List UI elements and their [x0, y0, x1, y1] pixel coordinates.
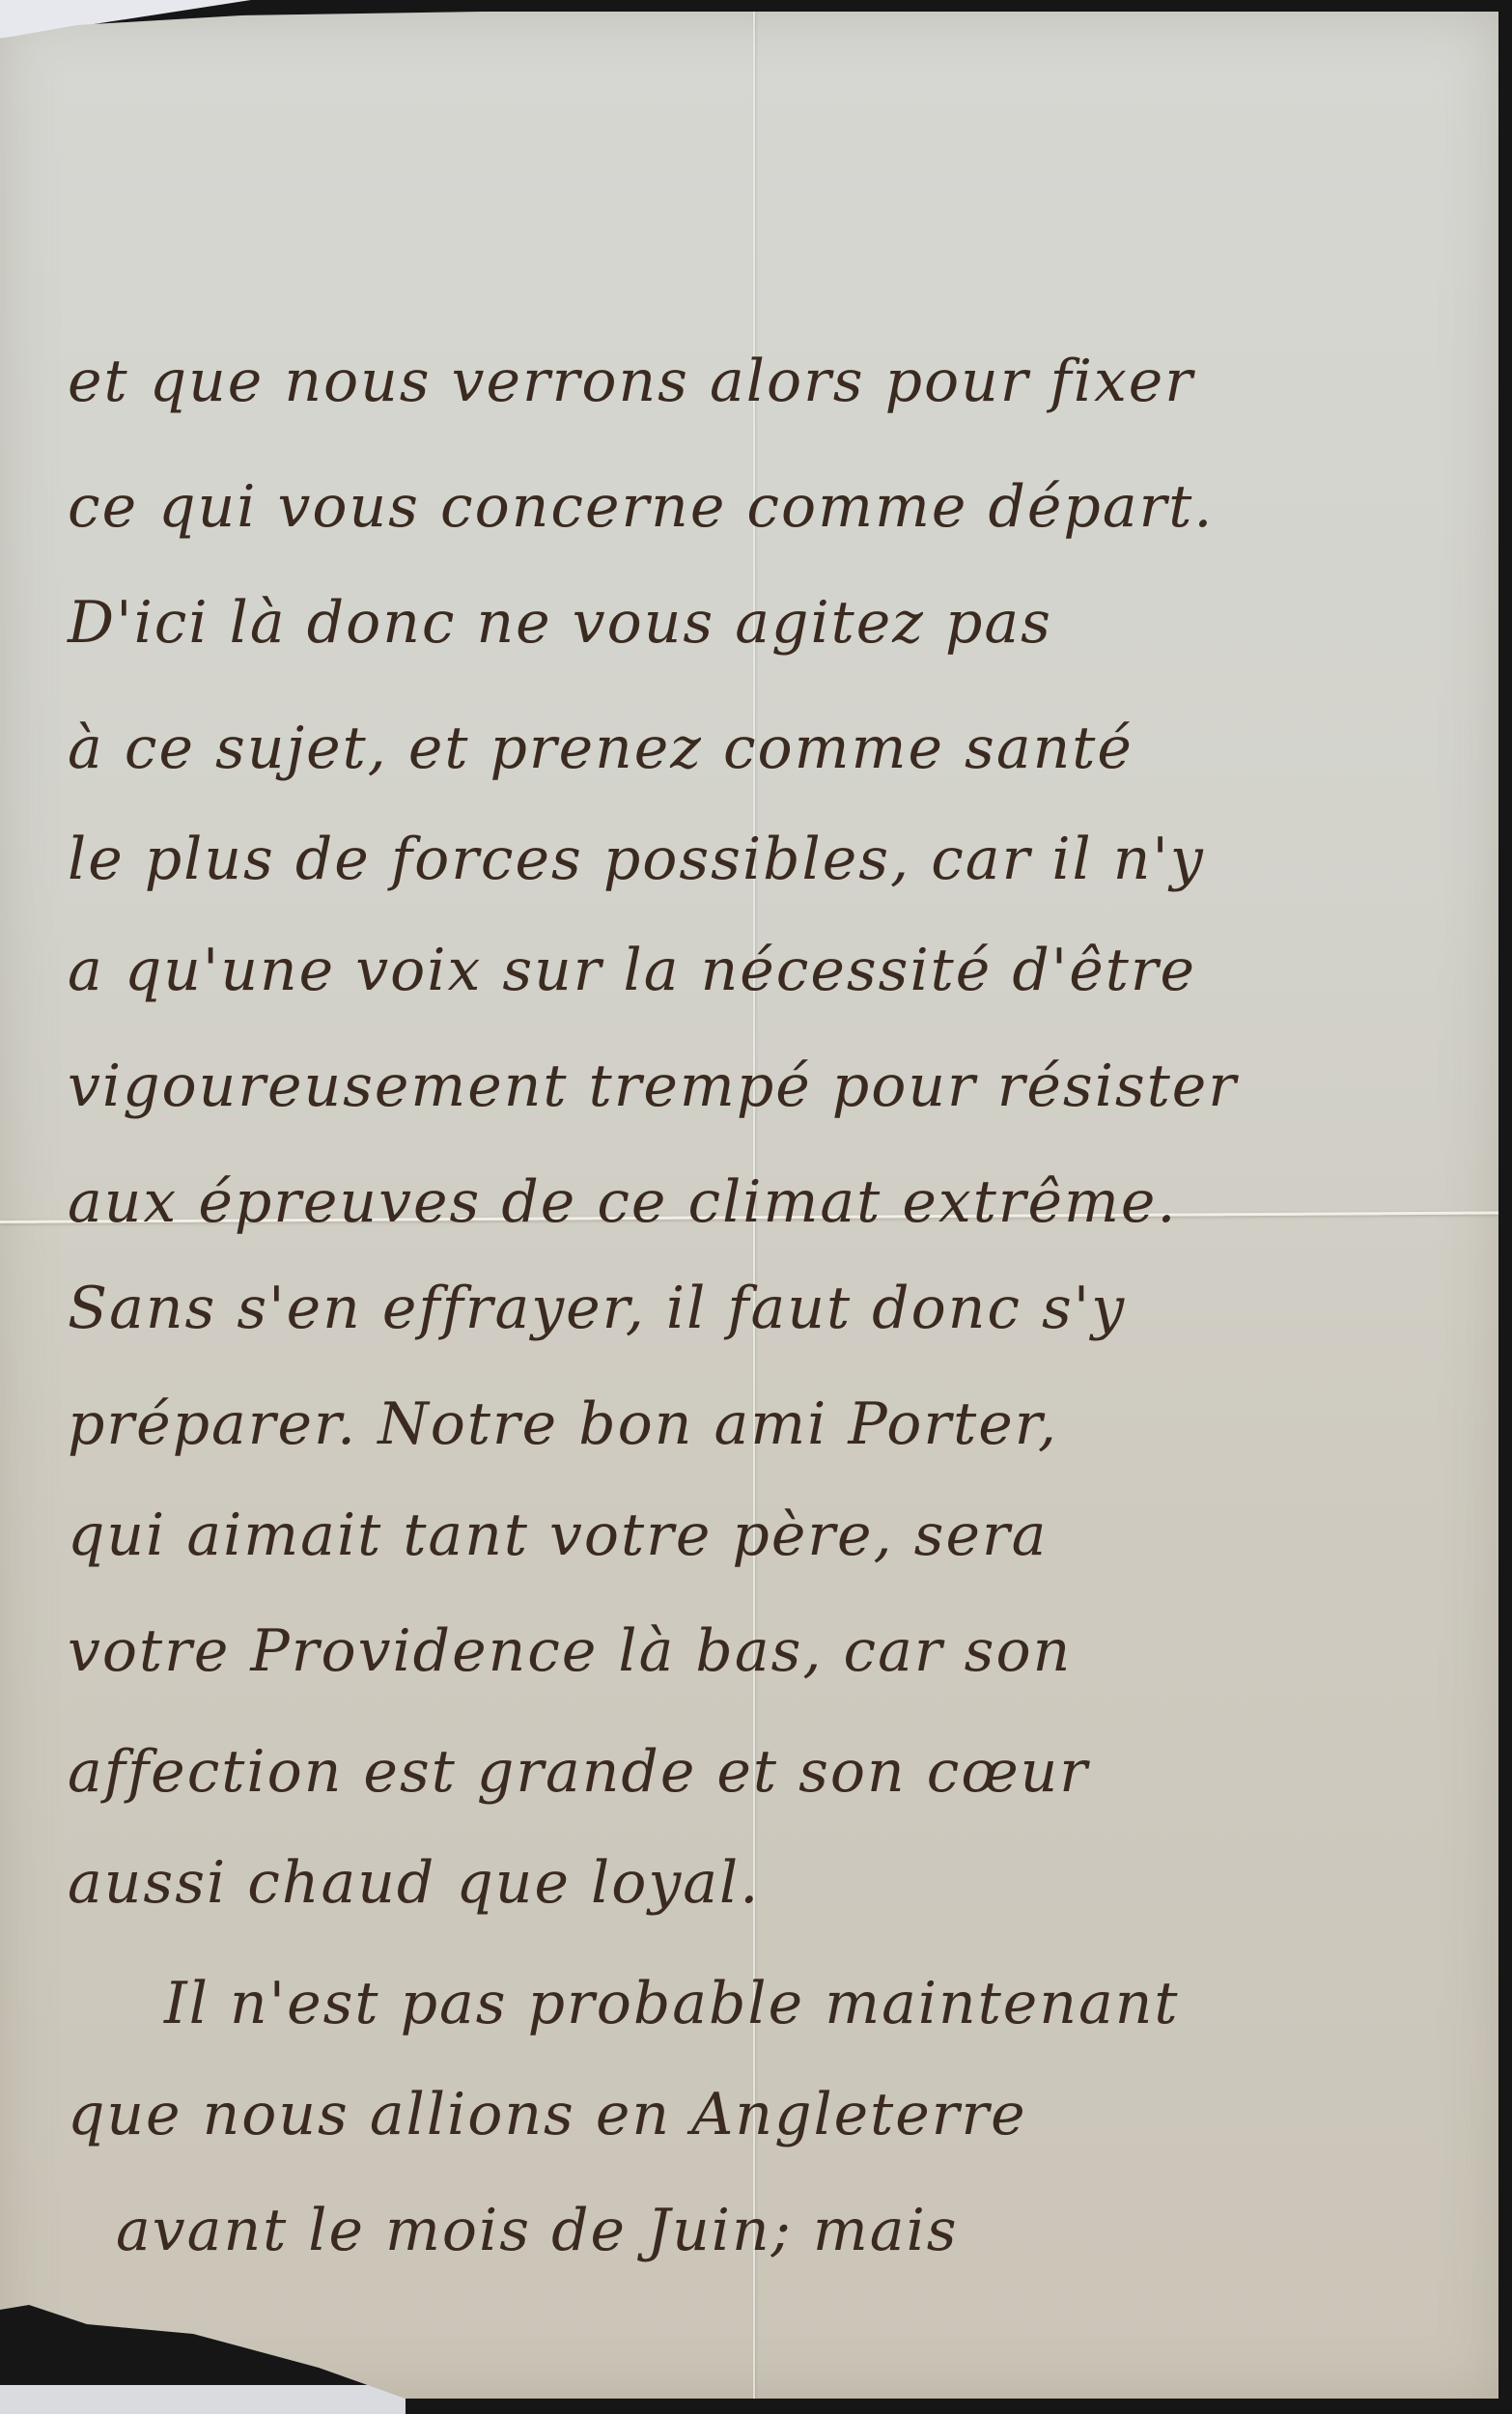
- letter-line-3: D'ici là donc ne vous agitez pas: [68, 589, 1052, 657]
- letter-line-2: ce qui vous concerne comme départ.: [68, 473, 1214, 541]
- letter-line-12: votre Providence là bas, car son: [68, 1617, 1072, 1685]
- letter-line-14: aussi chaud que loyal.: [68, 1849, 760, 1917]
- letter-line-16: que nous allions en Angleterre: [68, 2081, 1027, 2148]
- letter-line-8: aux épreuves de ce climat extrême.: [68, 1168, 1177, 1236]
- letter-line-1: et que nous verrons alors pour fixer: [68, 348, 1194, 415]
- letter-line-13: affection est grande et son cœur: [68, 1738, 1089, 1806]
- letter-line-5: le plus de forces possibles, car il n'y: [68, 826, 1205, 893]
- letter-line-10: préparer. Notre bon ami Porter,: [68, 1390, 1058, 1458]
- letter-line-6: a qu'une voix sur la nécessité d'être: [68, 937, 1196, 1004]
- letter-line-15: Il n'est pas probable maintenant: [164, 1970, 1179, 2037]
- letter-line-4: à ce sujet, et prenez comme santé: [68, 715, 1134, 782]
- letter-line-11: qui aimait tant votre père, sera: [68, 1502, 1048, 1569]
- letter-line-17: avant le mois de Juin; mais: [116, 2197, 959, 2264]
- letter-line-7: vigoureusement trempé pour résister: [68, 1053, 1238, 1120]
- letter-line-9: Sans s'en effrayer, il faut donc s'y: [68, 1275, 1126, 1342]
